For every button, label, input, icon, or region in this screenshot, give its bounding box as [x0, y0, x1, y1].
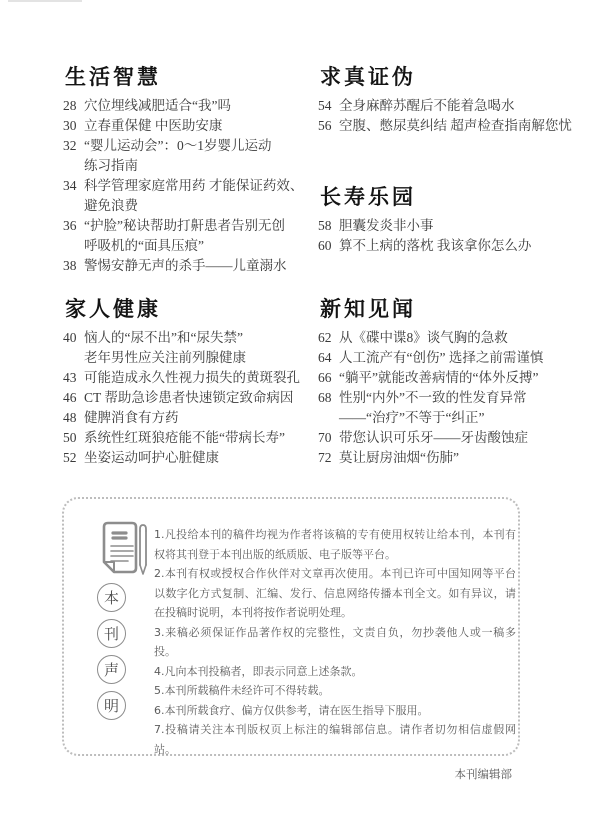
- toc-entry-page-number: 34: [63, 176, 77, 196]
- toc-entry-page-number: 28: [63, 96, 77, 116]
- toc-entry-title-line: 避免浪费: [84, 196, 333, 216]
- toc-entry-title-line: CT 帮助急诊患者快速锁定致命病因: [84, 388, 333, 408]
- section-family-health: 家人健康 40恼人的“尿不出”和“尿失禁”老年男性应关注前列腺健康43可能造成永…: [63, 296, 333, 468]
- toc-entry-title-line: ——“治疗”不等于“纠正”: [339, 408, 588, 428]
- toc-entry: 48健脾消食有方药: [63, 408, 333, 428]
- toc-entry: 36“护脸”秘诀帮助打鼾患者告别无创呼吸机的“面具压痕”: [63, 216, 333, 256]
- statement-clause: 4.凡向本刊投稿者，即表示同意上述条款。: [154, 662, 516, 682]
- manuscript-and-pen-icon: [91, 517, 151, 587]
- section-items: 58胆囊发炎非小事60算不上病的落枕 我该拿你怎么办: [318, 216, 588, 256]
- toc-entry-title-line: 穴位埋线减肥适合“我”吗: [84, 96, 333, 116]
- statement-label-char: 声: [97, 655, 126, 684]
- toc-entry-title-line: “护脸”秘诀帮助打鼾患者告别无创: [84, 216, 333, 236]
- toc-entry: 72莫让厨房油烟“伤肺”: [318, 448, 588, 468]
- toc-entry-page-number: 72: [318, 448, 332, 468]
- section-title: 求真证伪: [320, 64, 588, 90]
- toc-entry-title-line: 练习指南: [84, 156, 333, 176]
- toc-entry-title-line: 科学管理家庭常用药 才能保证药效、: [84, 176, 333, 196]
- toc-entry-title-line: 系统性红斑狼疮能不能“带病长寿”: [84, 428, 333, 448]
- toc-entry-page-number: 64: [318, 348, 332, 368]
- section-items: 62从《碟中谍8》谈气胸的急救64人工流产有“创伤” 选择之前需谨慎66“躺平”…: [318, 328, 588, 468]
- toc-entry-title-line: 带您认识可乐牙——牙齿酸蚀症: [339, 428, 588, 448]
- statement-clause-list: 1.凡投给本刊的稿件均视为作者将该稿的专有使用权转让给本刊，本刊有权将其刊登于本…: [154, 525, 516, 759]
- toc-entry-title-line: 可能造成永久性视力损失的黄斑裂孔: [84, 368, 333, 388]
- magazine-toc-page: 生活智慧 28穴位埋线减肥适合“我”吗30立春重保健 中医助安康32“婴儿运动会…: [0, 0, 600, 835]
- toc-entry-title-line: 立春重保健 中医助安康: [84, 116, 333, 136]
- section-longevity-garden: 长寿乐园 58胆囊发炎非小事60算不上病的落枕 我该拿你怎么办: [318, 184, 588, 256]
- toc-entry-page-number: 62: [318, 328, 332, 348]
- toc-entry-title-line: 算不上病的落枕 我该拿你怎么办: [339, 236, 588, 256]
- toc-entry: 52坐姿运动呵护心脏健康: [63, 448, 333, 468]
- toc-entry-title-line: 人工流产有“创伤” 选择之前需谨慎: [339, 348, 588, 368]
- toc-entry: 43可能造成永久性视力损失的黄斑裂孔: [63, 368, 333, 388]
- toc-entry: 34科学管理家庭常用药 才能保证药效、避免浪费: [63, 176, 333, 216]
- toc-entry-page-number: 60: [318, 236, 332, 256]
- toc-entry-page-number: 38: [63, 256, 77, 276]
- toc-entry-page-number: 46: [63, 388, 77, 408]
- toc-entry-page-number: 52: [63, 448, 77, 468]
- toc-entry-page-number: 36: [63, 216, 77, 236]
- section-truth-seeking: 求真证伪 54全身麻醉苏醒后不能着急喝水56空腹、憋尿莫纠结 超声检查指南解您忧: [318, 64, 588, 136]
- section-title: 新知见闻: [320, 296, 588, 322]
- toc-entry: 68性别“内外”不一致的性发育异常——“治疗”不等于“纠正”: [318, 388, 588, 428]
- toc-entry-title-line: 坐姿运动呵护心脏健康: [84, 448, 333, 468]
- toc-entry: 60算不上病的落枕 我该拿你怎么办: [318, 236, 588, 256]
- section-items: 28穴位埋线减肥适合“我”吗30立春重保健 中医助安康32“婴儿运动会”：0～1…: [63, 96, 333, 276]
- toc-entry: 58胆囊发炎非小事: [318, 216, 588, 236]
- toc-entry: 32“婴儿运动会”：0～1岁婴儿运动练习指南: [63, 136, 333, 176]
- toc-entry: 62从《碟中谍8》谈气胸的急救: [318, 328, 588, 348]
- section-title: 生活智慧: [65, 64, 333, 90]
- toc-entry-page-number: 30: [63, 116, 77, 136]
- toc-entry-title-line: 老年男性应关注前列腺健康: [84, 348, 333, 368]
- toc-entry: 28穴位埋线减肥适合“我”吗: [63, 96, 333, 116]
- statement-label-char: 明: [97, 691, 126, 720]
- toc-entry-page-number: 32: [63, 136, 77, 156]
- toc-entry: 40恼人的“尿不出”和“尿失禁”老年男性应关注前列腺健康: [63, 328, 333, 368]
- toc-entry-page-number: 70: [318, 428, 332, 448]
- statement-signature: 本刊编辑部: [154, 765, 516, 785]
- toc-entry-title-line: 健脾消食有方药: [84, 408, 333, 428]
- toc-entry-title-line: 恼人的“尿不出”和“尿失禁”: [84, 328, 333, 348]
- statement-label-char: 本: [97, 583, 126, 612]
- toc-entry-page-number: 66: [318, 368, 332, 388]
- statement-clause: 1.凡投给本刊的稿件均视为作者将该稿的专有使用权转让给本刊，本刊有权将其刊登于本…: [154, 525, 516, 564]
- toc-entry-title-line: 莫让厨房油烟“伤肺”: [339, 448, 588, 468]
- toc-entry: 30立春重保健 中医助安康: [63, 116, 333, 136]
- toc-entry-page-number: 43: [63, 368, 77, 388]
- section-items: 54全身麻醉苏醒后不能着急喝水56空腹、憋尿莫纠结 超声检查指南解您忧: [318, 96, 588, 136]
- toc-entry: 38警惕安静无声的杀手——儿童溺水: [63, 256, 333, 276]
- toc-entry: 46CT 帮助急诊患者快速锁定致命病因: [63, 388, 333, 408]
- toc-entry: 66“躺平”就能改善病情的“体外反搏”: [318, 368, 588, 388]
- toc-entry-page-number: 50: [63, 428, 77, 448]
- toc-entry: 64人工流产有“创伤” 选择之前需谨慎: [318, 348, 588, 368]
- toc-entry-title-line: 呼吸机的“面具压痕”: [84, 236, 333, 256]
- toc-entry: 50系统性红斑狼疮能不能“带病长寿”: [63, 428, 333, 448]
- journal-statement-box: 本刊声明 1.凡投给本刊的稿件均视为作者将该稿的专有使用权转让给本刊，本刊有权将…: [62, 497, 520, 756]
- statement-clause: 2.本刊有权或授权合作伙伴对文章再次使用。本刊已许可中国知网等平台以数字化方式复…: [154, 564, 516, 623]
- statement-clause: 5.本刊所载稿件未经许可不得转载。: [154, 681, 516, 701]
- toc-entry-title-line: 胆囊发炎非小事: [339, 216, 588, 236]
- statement-clause: 6.本刊所载食疗、偏方仅供参考，请在医生指导下服用。: [154, 701, 516, 721]
- toc-entry-page-number: 56: [318, 116, 332, 136]
- toc-entry: 56空腹、憋尿莫纠结 超声检查指南解您忧: [318, 116, 588, 136]
- toc-entry-title-line: “躺平”就能改善病情的“体外反搏”: [339, 368, 588, 388]
- statement-vertical-label: 本刊声明: [97, 583, 126, 727]
- toc-entry-page-number: 54: [318, 96, 332, 116]
- toc-entry-page-number: 58: [318, 216, 332, 236]
- section-title: 长寿乐园: [320, 184, 588, 210]
- toc-entry-title-line: “婴儿运动会”：0～1岁婴儿运动: [84, 136, 333, 156]
- toc-entry-title-line: 全身麻醉苏醒后不能着急喝水: [339, 96, 588, 116]
- section-life-wisdom: 生活智慧 28穴位埋线减肥适合“我”吗30立春重保健 中医助安康32“婴儿运动会…: [63, 64, 333, 276]
- toc-entry: 70带您认识可乐牙——牙齿酸蚀症: [318, 428, 588, 448]
- toc-entry-page-number: 68: [318, 388, 332, 408]
- section-new-knowledge: 新知见闻 62从《碟中谍8》谈气胸的急救64人工流产有“创伤” 选择之前需谨慎6…: [318, 296, 588, 468]
- section-items: 40恼人的“尿不出”和“尿失禁”老年男性应关注前列腺健康43可能造成永久性视力损…: [63, 328, 333, 468]
- toc-entry-page-number: 40: [63, 328, 77, 348]
- section-title: 家人健康: [65, 296, 333, 322]
- toc-entry-title-line: 性别“内外”不一致的性发育异常: [339, 388, 588, 408]
- scan-artifact-line: [8, 0, 82, 2]
- statement-clause: 3.来稿必须保证作品著作权的完整性，文责自负，勿抄袭他人或一稿多投。: [154, 623, 516, 662]
- toc-entry-title-line: 空腹、憋尿莫纠结 超声检查指南解您忧: [339, 116, 588, 136]
- statement-label-char: 刊: [97, 619, 126, 648]
- statement-clause: 7.投稿请关注本刊版权页上标注的编辑部信息。请作者切勿相信虚假网站。: [154, 720, 516, 759]
- statement-clauses: 1.凡投给本刊的稿件均视为作者将该稿的专有使用权转让给本刊，本刊有权将其刊登于本…: [154, 525, 516, 785]
- toc-entry-title-line: 警惕安静无声的杀手——儿童溺水: [84, 256, 333, 276]
- toc-entry-title-line: 从《碟中谍8》谈气胸的急救: [339, 328, 588, 348]
- toc-entry-page-number: 48: [63, 408, 77, 428]
- toc-entry: 54全身麻醉苏醒后不能着急喝水: [318, 96, 588, 116]
